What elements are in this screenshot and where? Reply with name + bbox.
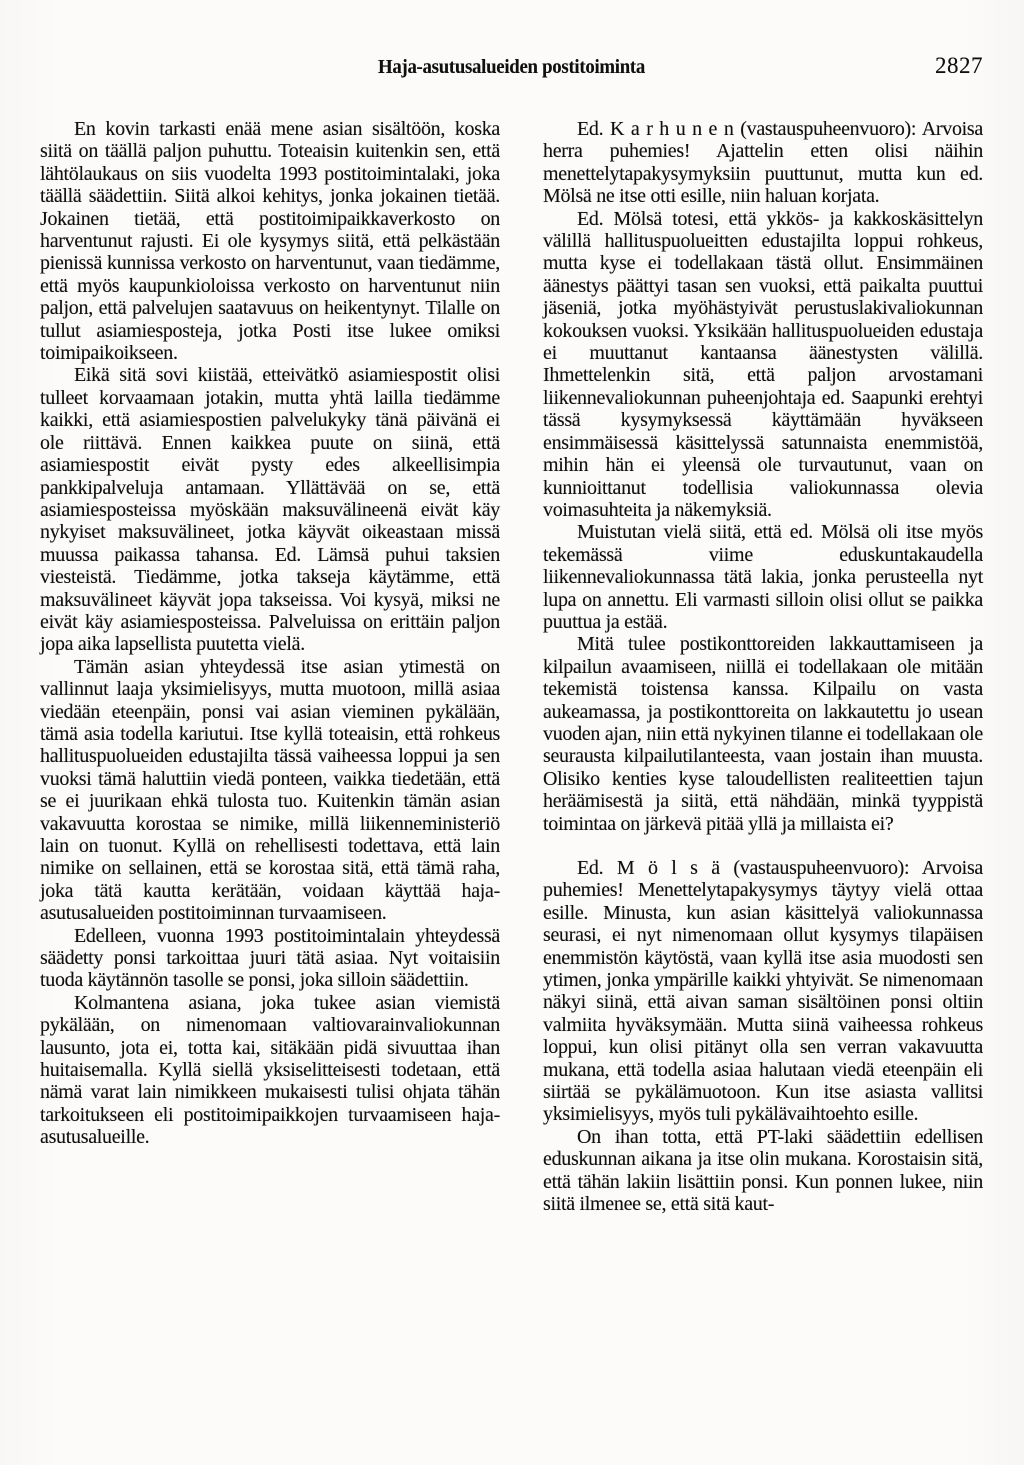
paragraph: En kovin tarkasti enää mene asian sisält… xyxy=(40,118,500,364)
page-number: 2827 xyxy=(935,53,983,79)
paragraph: On ihan totta, että PT-laki säädettiin e… xyxy=(543,1126,983,1216)
speech-paragraph-karhunen: Ed. K a r h u n e n (vastauspuheenvuoro)… xyxy=(543,118,983,208)
paragraph: Eikä sitä sovi kiistää, etteivätkö asiam… xyxy=(40,364,500,655)
right-column: Ed. K a r h u n e n (vastauspuheenvuoro)… xyxy=(543,118,983,1216)
page-header: Haja-asutusalueiden postitoiminta 2827 xyxy=(40,56,983,82)
paragraph: Mitä tulee postikonttoreiden lakkauttami… xyxy=(543,633,983,835)
paragraph: Muistutan vielä siitä, että ed. Mölsä ol… xyxy=(543,521,983,633)
paragraph: Kolmantena asiana, joka tukee asian viem… xyxy=(40,992,500,1149)
paragraph: Edelleen, vuonna 1993 postitoimintalain … xyxy=(40,925,500,992)
text-columns: En kovin tarkasti enää mene asian sisält… xyxy=(40,118,983,1216)
paragraph: Tämän asian yhteydessä itse asian ytimes… xyxy=(40,656,500,925)
speech-paragraph-molsa: Ed. M ö l s ä (vastauspuheenvuoro): Arvo… xyxy=(543,857,983,1126)
document-page: Haja-asutusalueiden postitoiminta 2827 E… xyxy=(0,0,1024,1465)
left-column: En kovin tarkasti enää mene asian sisält… xyxy=(40,118,500,1216)
paragraph: Ed. Mölsä totesi, että ykkös- ja kakkosk… xyxy=(543,208,983,522)
running-title: Haja-asutusalueiden postitoiminta xyxy=(68,56,954,79)
